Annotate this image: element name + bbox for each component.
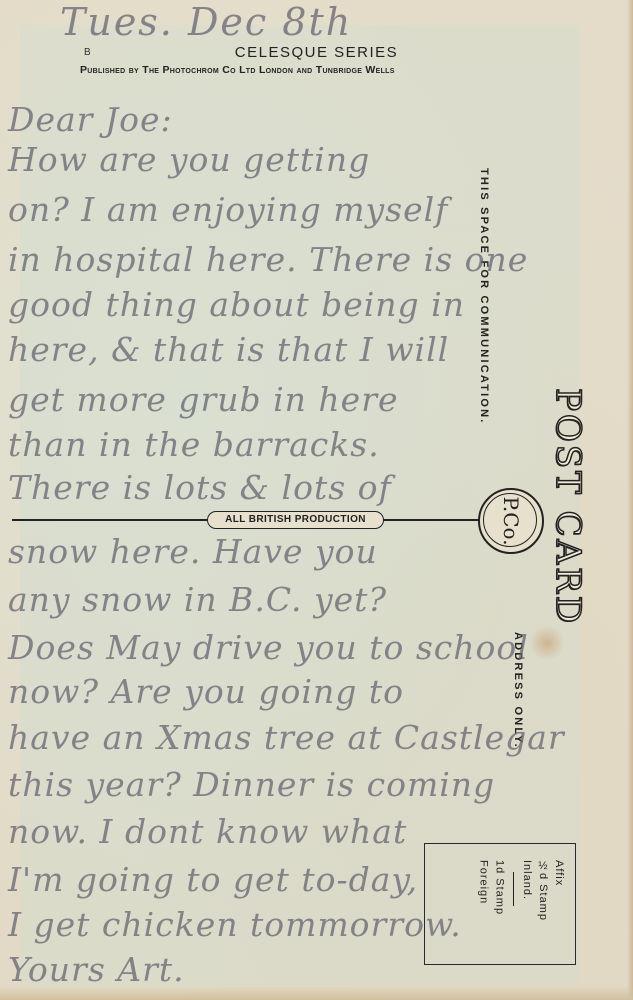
stain-mark xyxy=(530,625,564,661)
handwritten-line: on? I am enjoying myself xyxy=(8,190,448,229)
handwritten-line: good thing about being in xyxy=(8,285,465,324)
handwritten-line: I'm going to get to-day, xyxy=(8,860,418,899)
handwritten-line: in hospital here. There is one xyxy=(8,240,528,279)
handwritten-line: There is lots & lots of xyxy=(8,468,392,507)
handwritten-line: Does May drive you to school xyxy=(8,628,529,667)
handwritten-line: now. I dont know what xyxy=(8,812,407,851)
handwritten-date: Tues. Dec 8th xyxy=(60,0,352,44)
handwritten-line: any snow in B.C. yet? xyxy=(8,580,387,619)
handwritten-line: this year? Dinner is coming xyxy=(8,765,495,804)
handwritten-signature: Yours Art. xyxy=(8,950,185,989)
stamp-line: ½d Stamp xyxy=(537,860,549,952)
publisher-logo-icon: P.Co. xyxy=(478,488,544,554)
handwritten-line: snow here. Have you xyxy=(8,532,378,571)
stamp-line: Foreign xyxy=(478,860,490,952)
publisher-line: Published by The Photochrom Co Ltd Londo… xyxy=(80,64,395,76)
stamp-line: Inland. xyxy=(521,860,533,952)
production-badge: ALL BRITISH PRODUCTION xyxy=(207,511,384,529)
handwritten-line: than in the barracks. xyxy=(8,425,380,464)
handwritten-line: get more grub in here xyxy=(8,380,399,419)
handwritten-line: here, & that is that I will xyxy=(8,330,449,369)
series-title: B CELESQUE SERIES xyxy=(0,44,633,61)
stamp-line: 1d Stamp xyxy=(494,860,506,952)
handwritten-line: now? Are you going to xyxy=(8,672,404,711)
postcard-title: POST CARD xyxy=(548,388,588,626)
handwritten-line: How are you getting xyxy=(8,140,370,179)
handwritten-line: I get chicken tommorrow. xyxy=(8,905,462,944)
communication-label: THIS SPACE FOR COMMUNICATION. xyxy=(478,168,490,425)
publisher-logo-text: P.Co. xyxy=(499,496,523,545)
postcard-back: B CELESQUE SERIES Published by The Photo… xyxy=(0,0,633,1000)
series-name: CELESQUE SERIES xyxy=(235,44,398,61)
stamp-divider xyxy=(513,872,515,906)
card-edge-right xyxy=(627,0,633,1000)
stamp-line: Affix xyxy=(553,860,565,952)
handwritten-line: Dear Joe: xyxy=(8,100,173,139)
stamp-box: Affix ½d Stamp Inland. 1d Stamp Foreign xyxy=(424,843,576,965)
series-code: B xyxy=(84,47,92,58)
handwritten-line: have an Xmas tree at Castlegar xyxy=(8,718,565,757)
